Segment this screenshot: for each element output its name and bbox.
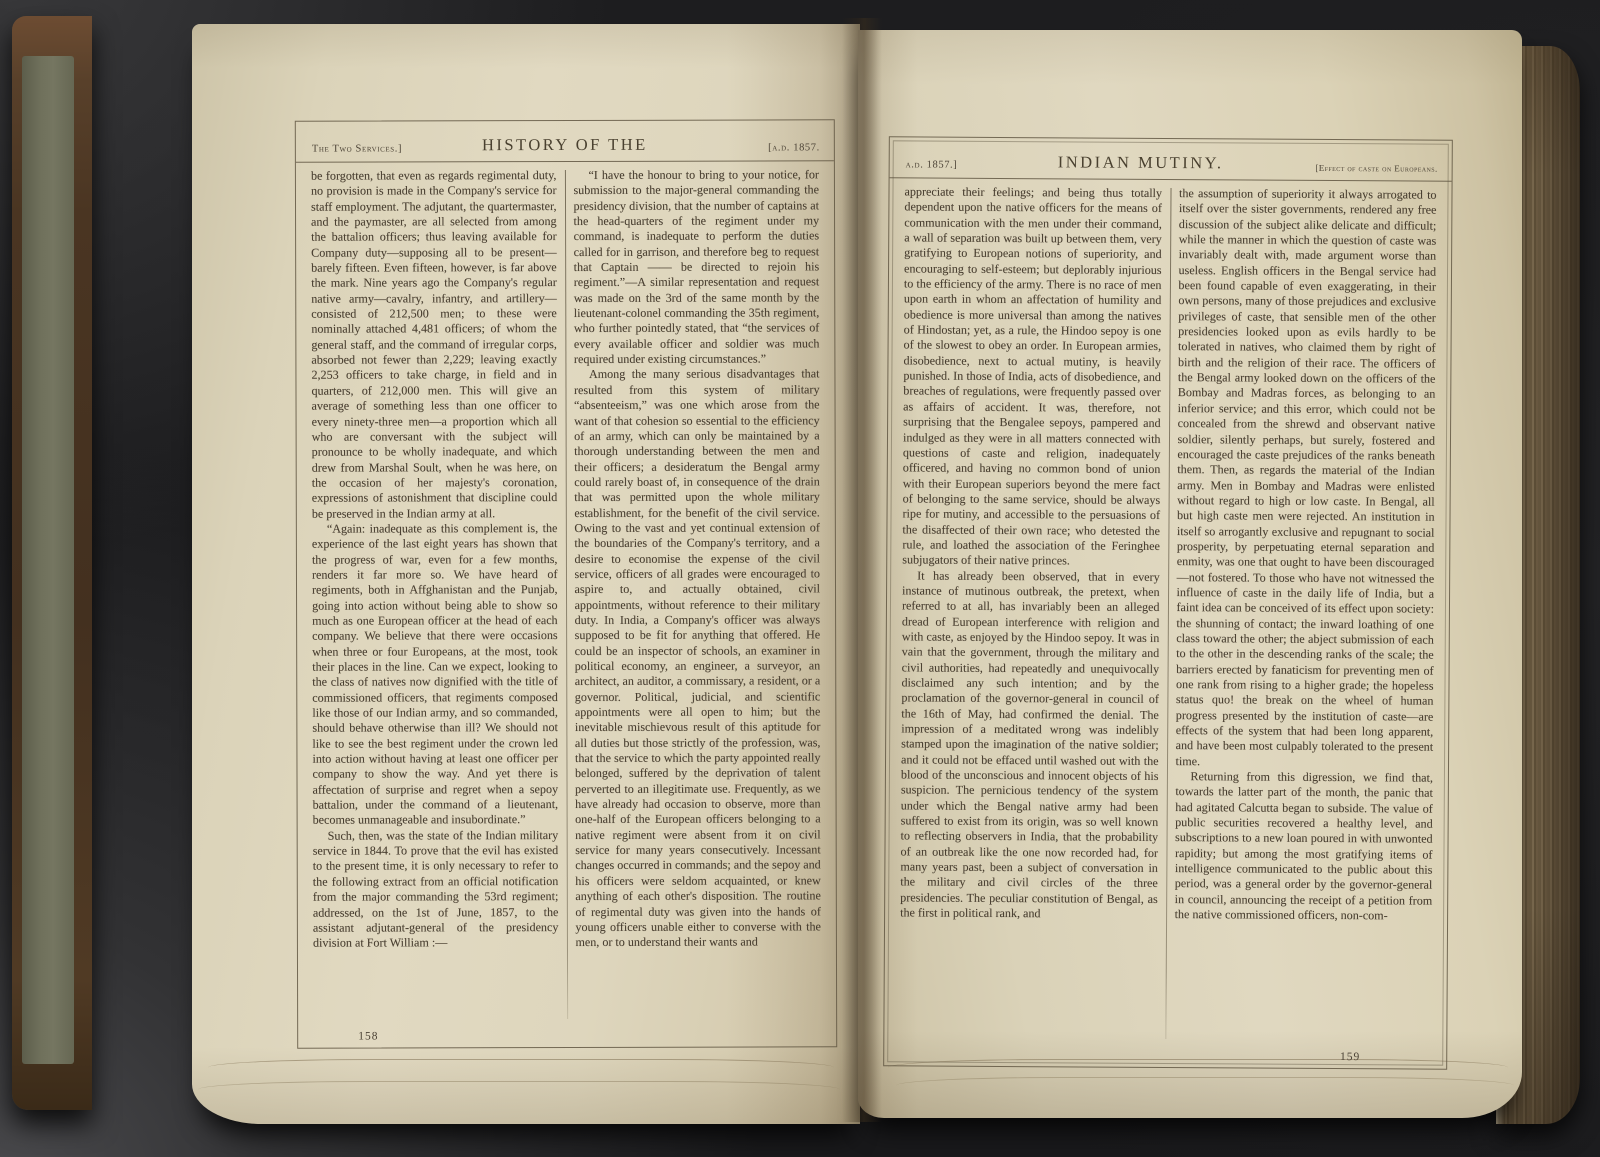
book-title-running-head: HISTORY OF THE [296,134,834,155]
page-number: 158 [358,1030,378,1042]
paragraph: the assumption of superiority it always … [1175,186,1436,771]
paragraph: Among the many serious disadvantages tha… [574,367,821,951]
left-page-text-frame: The Two Services.] HISTORY OF THE [a.d. … [295,119,837,1048]
running-head-date: [a.d. 1857. [768,142,820,153]
photo-open-antique-book: The Two Services.] HISTORY OF THE [a.d. … [0,0,1600,1157]
paragraph: be forgotten, that even as regards regim… [311,168,557,522]
paragraph: appreciate their feelings; and being thu… [902,184,1162,569]
right-page-text-frame: a.d. 1857.] INDIAN MUTINY. [Effect of ca… [883,136,1453,1069]
text-column-2: “I have the honour to bring to your noti… [566,167,828,1019]
text-column-1: be forgotten, that even as regards regim… [304,168,566,1020]
right-running-head: a.d. 1857.] INDIAN MUTINY. [Effect of ca… [890,137,1452,181]
right-page: a.d. 1857.] INDIAN MUTINY. [Effect of ca… [858,30,1522,1118]
text-column-4: the assumption of superiority it always … [1167,186,1444,1041]
paragraph: “Again: inadequate as this complement is… [312,521,558,829]
page-under-edge [896,1077,1514,1094]
paragraph: It has already been observed, that in ev… [900,568,1160,922]
page-under-edge [208,1059,834,1076]
book-gutter-shadow [842,18,882,1122]
right-page-columns: appreciate their feelings; and being thu… [892,184,1443,1040]
running-head-section: [Effect of caste on Europeans. [1315,163,1437,174]
paragraph: “I have the honour to bring to your noti… [573,167,819,367]
left-page: The Two Services.] HISTORY OF THE [a.d. … [192,24,860,1124]
page-under-edge [198,1081,840,1098]
left-page-columns: be forgotten, that even as regards regim… [304,167,828,1019]
page-number: 159 [1340,1051,1360,1063]
text-column-3: appreciate their feelings; and being thu… [892,184,1169,1039]
paragraph: Such, then, was the state of the Indian … [313,828,559,951]
left-page-block-edges [44,22,206,1114]
left-running-head: The Two Services.] HISTORY OF THE [a.d. … [296,120,834,162]
paragraph: Returning from this digression, we find … [1175,769,1433,924]
